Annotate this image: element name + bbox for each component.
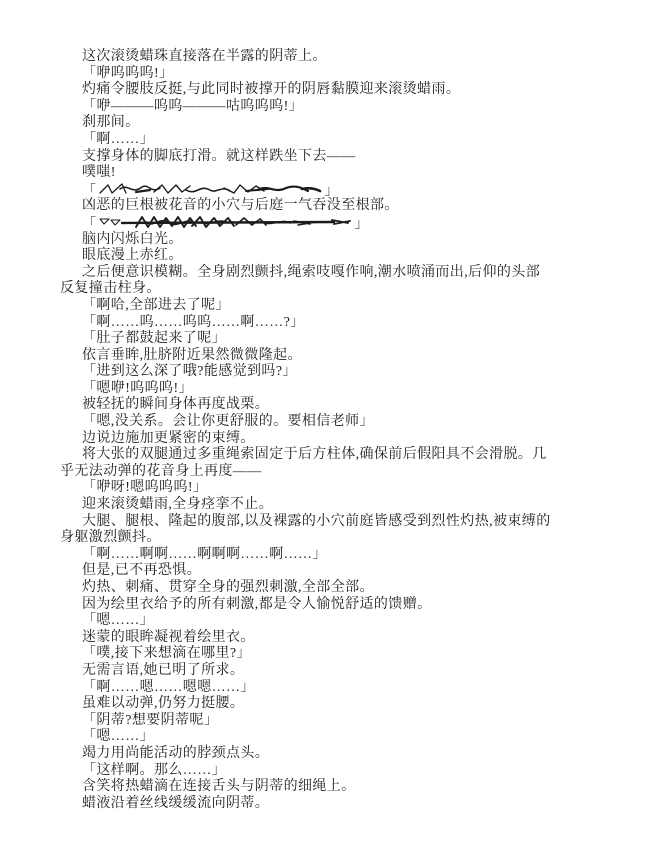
text-line: 刹那间。 xyxy=(60,115,600,132)
illegible-scream-scribble-icon xyxy=(96,182,324,196)
text-line: 「啊哈,全部进去了呢」 xyxy=(60,298,600,315)
text-line: 凶恶的巨根被花音的小穴与后庭一气吞没至根部。 xyxy=(60,198,600,215)
text-line: 迎来滚烫蜡雨,全身痉挛不止。 xyxy=(60,497,600,514)
text-line: 「肚子都鼓起来了呢」 xyxy=(60,331,600,348)
text-line: 但是,已不再恐惧。 xyxy=(60,563,600,580)
text-line: 之后便意识模糊。全身剧烈颤抖,绳索吱嘎作响,潮水喷涌而出,后仰的头部 xyxy=(60,265,600,282)
text-line: 「咿呜呜呜!」 xyxy=(60,66,600,83)
text-line: 「咿———呜呜———咕呜呜呜!」 xyxy=(60,99,600,116)
text-line: 大腿、腿根、隆起的腹部,以及裸露的小穴前庭皆感受到烈性灼热,被束缚的 xyxy=(60,514,600,531)
text-line: 脑内闪烁白光。 xyxy=(60,232,600,249)
text-line: 「噗,接下来想滴在哪里?」 xyxy=(60,646,600,663)
text-line: 乎无法动弹的花音身上再度—— xyxy=(60,464,600,481)
text-line: 「嗯……」 xyxy=(60,729,600,746)
scribble-line: 「 」 xyxy=(60,182,600,199)
text-line: 「啊……嗯……嗯嗯……」 xyxy=(60,680,600,697)
text-line: 灼热、刺痛、贯穿全身的强烈刺激,全部全部。 xyxy=(60,580,600,597)
text-line: 「啊……呜……呜呜……啊……?」 xyxy=(60,315,600,332)
text-line: 蜡液沿着丝线缓缓流向阴蒂。 xyxy=(60,796,600,813)
text-line: 噗嗤! xyxy=(60,165,600,182)
text-line: 眼底漫上赤红。 xyxy=(60,248,600,265)
text-line: 「咿呀!嗯呜呜呜!」 xyxy=(60,480,600,497)
close-bracket: 」 xyxy=(324,184,338,199)
text-line: 将大张的双腿通过多重绳索固定于后方柱体,确保前后假阳具不会滑脱。几 xyxy=(60,447,600,464)
text-line: 「这样啊。那么……」 xyxy=(60,763,600,780)
text-block: 这次滚烫蜡珠直接落在半露的阴蒂上。「咿呜呜呜!」灼痛令腰肢反挺,与此同时被撑开的… xyxy=(60,49,600,812)
text-line: 虽难以动弹,仍努力挺腰。 xyxy=(60,696,600,713)
text-line: 「阴蒂?想要阴蒂呢」 xyxy=(60,713,600,730)
text-line: 依言垂眸,肚脐附近果然微微隆起。 xyxy=(60,348,600,365)
text-line: 「啊……啊啊……啊啊啊……啊……」 xyxy=(60,547,600,564)
open-bracket: 「 xyxy=(82,217,96,232)
illegible-scream-scribble-icon xyxy=(96,215,354,229)
text-line: 被轻抚的瞬间身体再度战栗。 xyxy=(60,397,600,414)
text-line: 「嗯……」 xyxy=(60,613,600,630)
text-line: 灼痛令腰肢反挺,与此同时被撑开的阴唇黏膜迎来滚烫蜡雨。 xyxy=(60,82,600,99)
text-line: 含笑将热蜡滴在连接舌头与阴蒂的细绳上。 xyxy=(60,779,600,796)
close-bracket: 」 xyxy=(354,217,368,232)
text-line: 反复撞击柱身。 xyxy=(60,281,600,298)
text-line: 这次滚烫蜡珠直接落在半露的阴蒂上。 xyxy=(60,49,600,66)
text-line: 竭力用尚能活动的脖颈点头。 xyxy=(60,746,600,763)
text-line: 无需言语,她已明了所求。 xyxy=(60,663,600,680)
text-line: 「嗯,没关系。会让你更舒服的。要相信老师」 xyxy=(60,414,600,431)
text-line: 边说边施加更紧密的束缚。 xyxy=(60,431,600,448)
text-line: 迷蒙的眼眸凝视着绘里衣。 xyxy=(60,630,600,647)
text-line: 支撑身体的脚底打滑。就这样跌坐下去—— xyxy=(60,149,600,166)
text-line: 「进到这么深了哦?能感觉到吗?」 xyxy=(60,364,600,381)
text-line: 「啊……」 xyxy=(60,132,600,149)
novel-page: 这次滚烫蜡珠直接落在半露的阴蒂上。「咿呜呜呜!」灼痛令腰肢反挺,与此同时被撑开的… xyxy=(0,0,650,850)
scribble-line: 「 」 xyxy=(60,215,600,232)
open-bracket: 「 xyxy=(82,184,96,199)
text-line: 「嗯咿!呜呜呜!」 xyxy=(60,381,600,398)
text-line: 因为绘里衣给予的所有刺激,都是令人愉悦舒适的馈赠。 xyxy=(60,597,600,614)
text-line: 身躯激烈颤抖。 xyxy=(60,530,600,547)
